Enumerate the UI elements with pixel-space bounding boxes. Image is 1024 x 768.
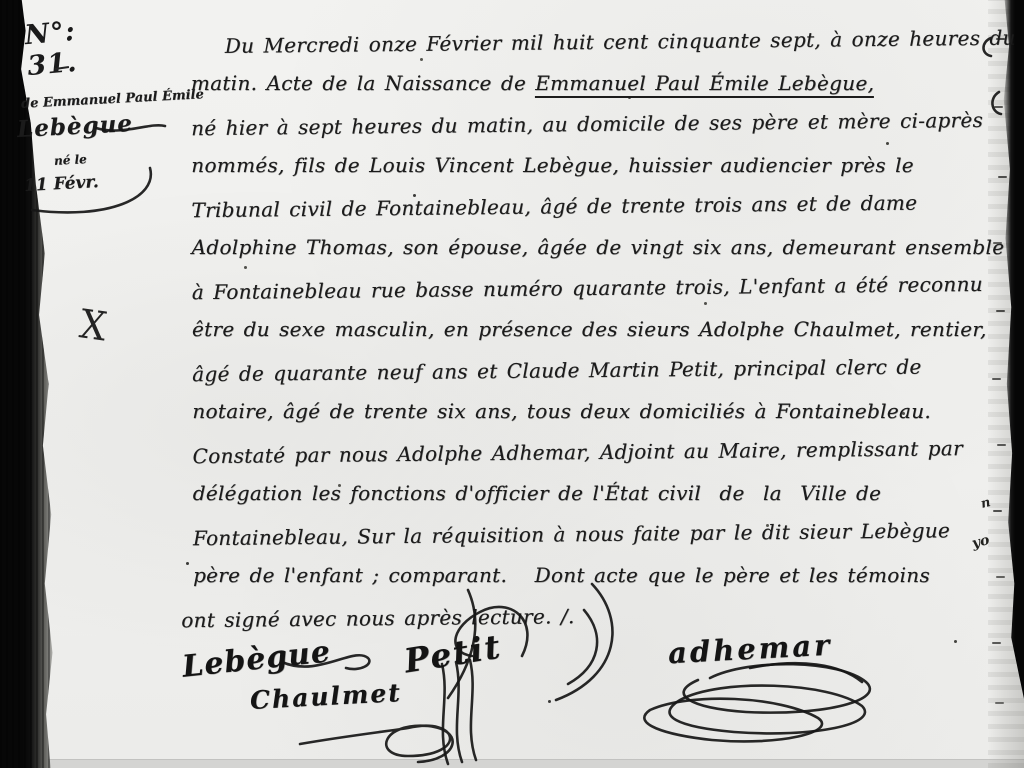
act-line: nommés, fils de Louis Vincent Lebègue, h… <box>191 145 997 186</box>
birth-record-scan: N°: 31. de Emmanuel Paul Émile Lebègue n… <box>0 0 1024 768</box>
act-line: être du sexe masculin, en présence des s… <box>192 309 998 350</box>
closing-paren-flourish-inner <box>568 610 597 684</box>
chaulmet-paraph-stroke-3 <box>470 660 476 760</box>
act-line-text: matin. Acte de la Naissance de <box>191 71 535 95</box>
adhemar-flourish-loop-1 <box>684 664 870 712</box>
act-line: notaire, âgé de trente six ans, tous deu… <box>192 391 998 432</box>
act-line: âgé de quarante neuf ans et Claude Marti… <box>192 346 998 395</box>
underlined-child-name: Emmanuel Paul Émile Lebègue, <box>535 71 874 98</box>
adhemar-flourish-loop-3 <box>644 699 822 742</box>
closing-paren-flourish-outer <box>556 584 612 700</box>
act-line: matin. Acte de la Naissance de Emmanuel … <box>191 63 997 104</box>
act-line: né hier à sept heures du matin, au domic… <box>191 100 997 149</box>
margin-flourish-arc <box>8 110 170 230</box>
act-line: Tribunal civil de Fontainebleau, âgé de … <box>191 182 997 231</box>
act-body-text: Du Mercredi onze Février mil huit cent c… <box>191 20 1000 639</box>
cross-mark: X <box>77 301 110 351</box>
act-line: délégation les fonctions d'officier de l… <box>193 473 999 514</box>
act-number: N°: 31. <box>23 16 79 82</box>
chaulmet-paraph-loops <box>300 726 453 762</box>
margin-child-name: de Emmanuel Paul Émile <box>21 87 204 112</box>
margin-surname-swash <box>96 125 165 130</box>
act-line: Du Mercredi onze Février mil huit cent c… <box>191 18 997 67</box>
act-line: Constaté par nous Adolphe Adhemar, Adjoi… <box>192 428 998 477</box>
act-line: Fontainebleau, Sur la réquisition à nous… <box>193 510 999 559</box>
margin-bracket-arc <box>32 168 151 212</box>
adhemar-flourish-loop-2 <box>670 686 865 734</box>
act-line: Adolphine Thomas, son épouse, âgée de vi… <box>192 227 998 268</box>
act-line: à Fontainebleau rue basse numéro quarant… <box>192 264 998 313</box>
